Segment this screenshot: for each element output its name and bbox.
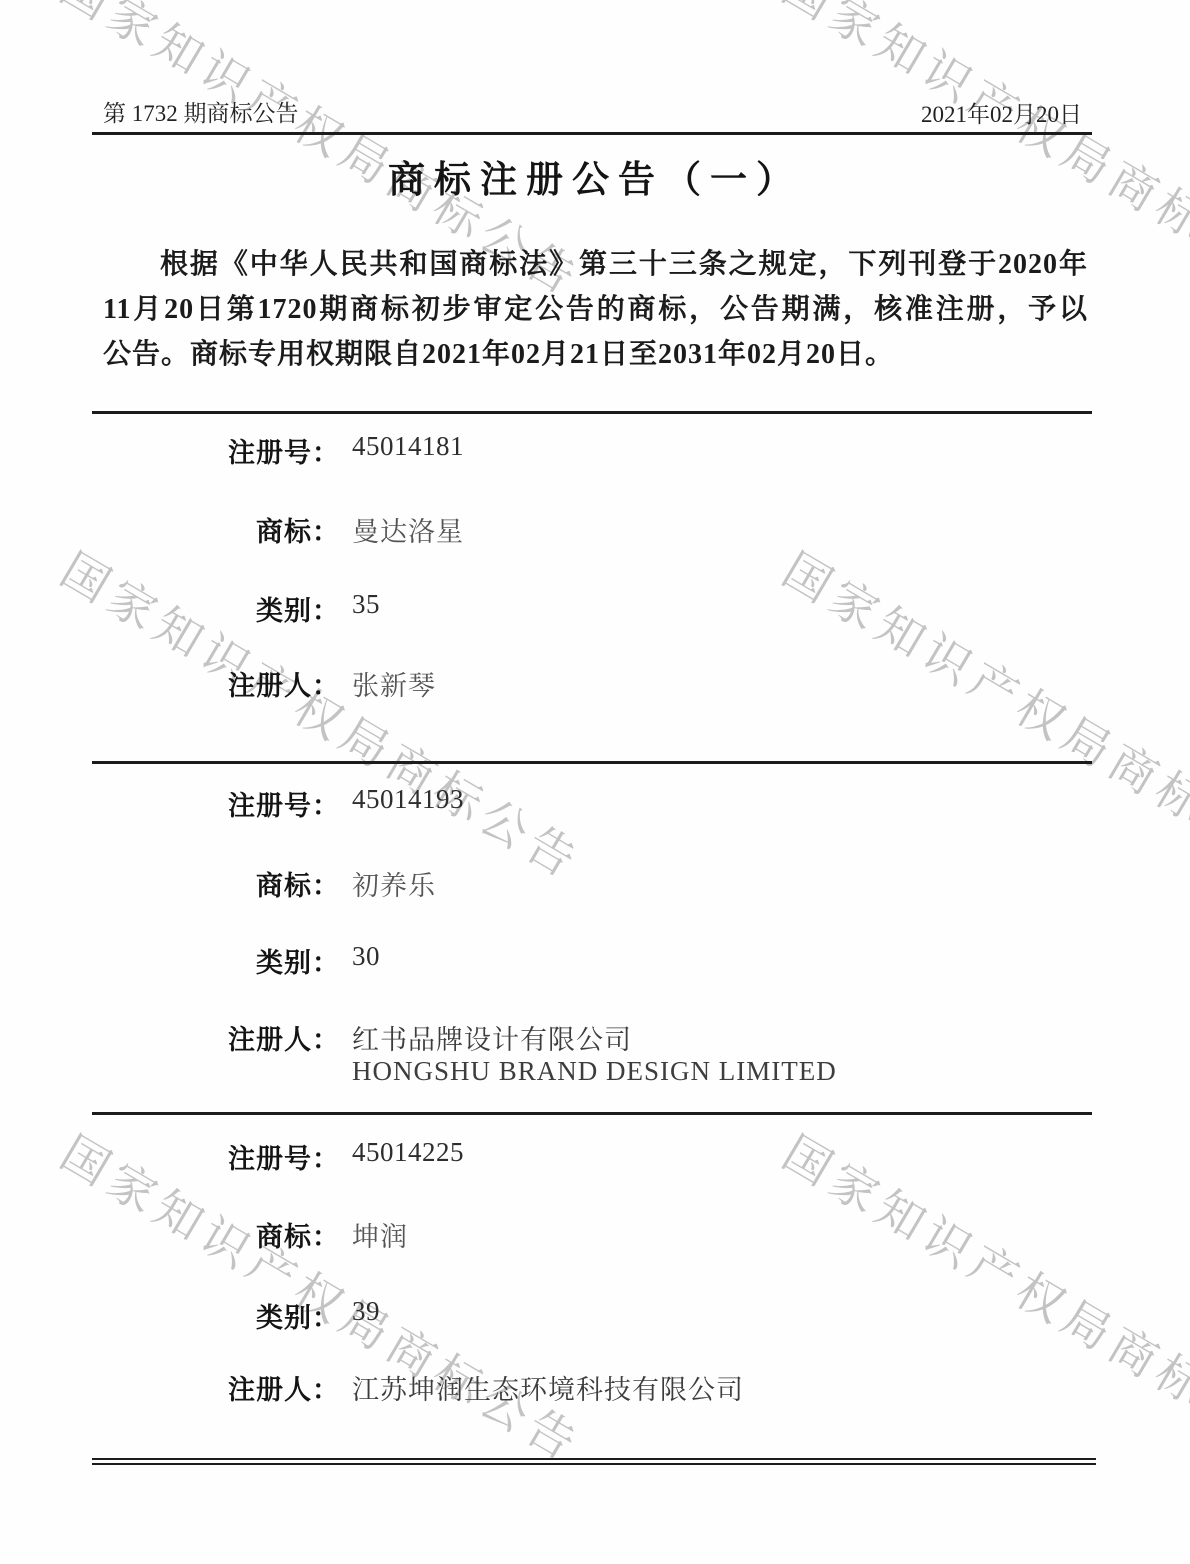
reg-no-label: 注册号： <box>92 784 340 823</box>
class-label: 类别： <box>92 941 340 980</box>
entry-row-trademark: 商标： 初养乐 <box>0 864 1190 898</box>
entry-row-trademark: 商标： 坤润 <box>0 1215 1190 1249</box>
intro-line: 根据《中华人民共和国商标法》第三十三条之规定，下列刊登于2020年 <box>103 242 1088 287</box>
intro-paragraph: 根据《中华人民共和国商标法》第三十三条之规定，下列刊登于2020年 11月20日… <box>103 242 1088 377</box>
registrant-value: 张新琴 <box>352 664 436 703</box>
bottom-rule <box>92 1458 1096 1465</box>
registrant-value: 红书品牌设计有限公司 <box>352 1018 632 1057</box>
page-title: 商标注册公告（一） <box>0 149 1190 203</box>
publication-date: 2021年02月20日 <box>921 96 1082 129</box>
trademark-label: 商标： <box>92 864 340 903</box>
entry-row-class: 类别： 39 <box>0 1296 1190 1330</box>
issue-number: 第 1732 期商标公告 <box>103 95 299 128</box>
registrant-en-value: HONGSHU BRAND DESIGN LIMITED <box>352 1056 837 1087</box>
watermark-text: 国家知识产权局商标公告 <box>772 534 1190 893</box>
header-rule <box>92 132 1092 135</box>
reg-no-value: 45014225 <box>352 1137 464 1168</box>
class-label: 类别： <box>92 1296 340 1335</box>
entry-row-registrant: 注册人： 江苏坤润生态环境科技有限公司 <box>0 1368 1190 1402</box>
entry-row-class: 类别： 30 <box>0 941 1190 975</box>
entry-row-class: 类别： 35 <box>0 589 1190 623</box>
gazette-page: 国家知识产权局商标公告 国家知识产权局商标公告 国家知识产权局商标公告 国家知识… <box>0 0 1190 1564</box>
trademark-value: 曼达洛星 <box>352 510 464 549</box>
reg-no-value: 45014181 <box>352 431 464 462</box>
class-value: 39 <box>352 1296 380 1327</box>
entry-row-registrant: 注册人： 红书品牌设计有限公司 <box>0 1018 1190 1052</box>
entry-row-trademark: 商标： 曼达洛星 <box>0 510 1190 544</box>
trademark-label: 商标： <box>92 1215 340 1254</box>
entry-row-reg-no: 注册号： 45014181 <box>0 431 1190 465</box>
reg-no-label: 注册号： <box>92 1137 340 1176</box>
registrant-label: 注册人： <box>92 1368 340 1407</box>
class-value: 35 <box>352 589 380 620</box>
intro-line: 11月20日第1720期商标初步审定公告的商标，公告期满，核准注册，予以 <box>103 287 1088 332</box>
entry-row-reg-no: 注册号： 45014225 <box>0 1137 1190 1171</box>
intro-line: 公告。商标专用权期限自2021年02月21日至2031年02月20日。 <box>103 332 1088 377</box>
trademark-label: 商标： <box>92 510 340 549</box>
watermark-text: 国家知识产权局商标公告 <box>50 534 596 893</box>
registrant-label: 注册人： <box>92 1018 340 1057</box>
reg-no-value: 45014193 <box>352 784 464 815</box>
trademark-value: 初养乐 <box>352 864 436 903</box>
entry-divider <box>92 761 1092 764</box>
reg-no-label: 注册号： <box>92 431 340 470</box>
registrant-value: 江苏坤润生态环境科技有限公司 <box>352 1368 744 1407</box>
entry-divider <box>92 411 1092 414</box>
class-label: 类别： <box>92 589 340 628</box>
entry-row-reg-no: 注册号： 45014193 <box>0 784 1190 818</box>
registrant-label: 注册人： <box>92 664 340 703</box>
entry-row-registrant: 注册人： 张新琴 <box>0 664 1190 698</box>
class-value: 30 <box>352 941 380 972</box>
trademark-value: 坤润 <box>352 1215 408 1254</box>
entry-divider <box>92 1112 1092 1115</box>
entry-row-registrant-en: HONGSHU BRAND DESIGN LIMITED <box>0 1056 1190 1090</box>
